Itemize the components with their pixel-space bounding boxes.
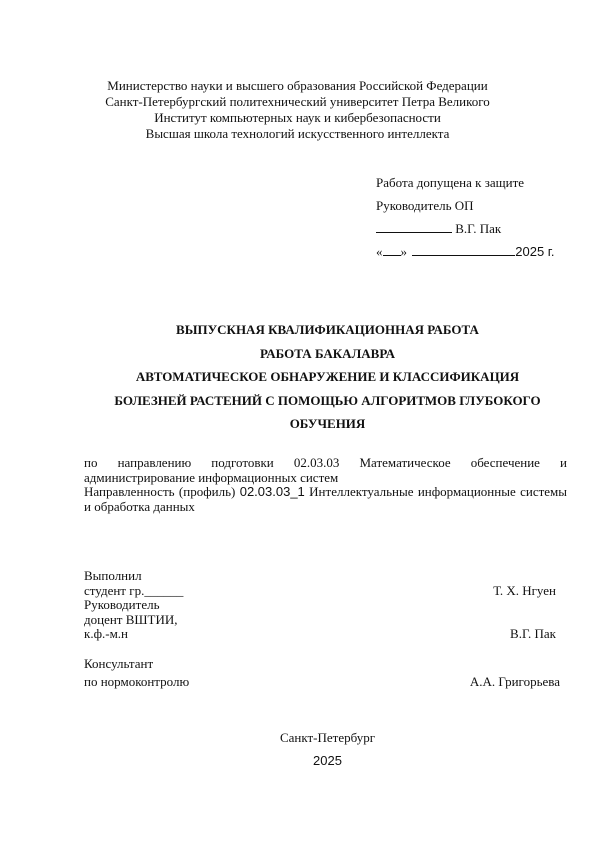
thesis-title: ВЫПУСКНАЯ КВАЛИФИКАЦИОННАЯ РАБОТА РАБОТА… — [0, 318, 595, 436]
supervisor-label: Руководитель — [84, 598, 160, 613]
profile-code: 02.03.03_1 — [240, 484, 305, 499]
student-group: студент гр.______ — [84, 584, 183, 599]
supervisor-position: доцент ВШТИИ, — [84, 613, 177, 628]
title-line-4: БОЛЕЗНЕЙ РАСТЕНИЙ С ПОМОЩЬЮ АЛГОРИТМОВ Г… — [0, 389, 595, 413]
direction-paragraph: по направлению подготовки 02.03.03 Матем… — [84, 456, 567, 485]
city: Санкт-Петербург — [0, 730, 595, 746]
signature-blank — [376, 221, 452, 233]
footer-year: 2025 — [0, 753, 595, 768]
approval-date-line: «» 2025 г. — [376, 244, 555, 267]
direction-prefix: по направлению подготовки — [84, 455, 274, 470]
head-name: В.Г. Пак — [455, 221, 501, 236]
title-line-5: ОБУЧЕНИЯ — [0, 412, 595, 436]
admitted-label: Работа допущена к защите — [376, 175, 555, 198]
month-blank — [412, 244, 515, 256]
title-line-2: РАБОТА БАКАЛАВРА — [0, 342, 595, 366]
performed-by-label: Выполнил — [84, 569, 142, 584]
student-name: Т. Х. Нгуен — [493, 584, 556, 599]
student-signature-block: Выполнил студент гр.______ Т. Х. Нгуен Р… — [84, 569, 560, 642]
profile-paragraph: Направленность (профиль) 02.03.03_1 Инте… — [84, 485, 567, 514]
title-line-3: АВТОМАТИЧЕСКОЕ ОБНАРУЖЕНИЕ И КЛАССИФИКАЦ… — [0, 365, 595, 389]
school-line: Высшая школа технологий искусственного и… — [0, 126, 595, 142]
head-signature-line: В.Г. Пак — [376, 221, 555, 244]
institute-line: Институт компьютерных наук и кибербезопа… — [0, 110, 595, 126]
head-role-label: Руководитель ОП — [376, 198, 555, 221]
supervisor-degree: к.ф.-м.н — [84, 627, 128, 642]
supervisor-name: В.Г. Пак — [510, 627, 556, 642]
direction-block: по направлению подготовки 02.03.03 Матем… — [84, 456, 567, 514]
consultant-label: Консультант — [84, 657, 153, 672]
day-blank — [383, 244, 401, 256]
university-line: Санкт-Петербургский политехнический унив… — [0, 94, 595, 110]
profile-prefix: Направленность (профиль) — [84, 484, 235, 499]
ministry-header: Министерство науки и высшего образования… — [0, 78, 595, 142]
direction-code: 02.03.03 — [294, 455, 340, 470]
approval-block: Работа допущена к защите Руководитель ОП… — [376, 175, 555, 267]
title-line-1: ВЫПУСКНАЯ КВАЛИФИКАЦИОННАЯ РАБОТА — [0, 318, 595, 342]
consultant-role: по нормоконтролю — [84, 675, 189, 690]
approval-year: 2025 г. — [515, 244, 554, 259]
ministry-line: Министерство науки и высшего образования… — [0, 78, 595, 94]
consultant-signature-block: Консультант по нормоконтролю А.А. Григор… — [84, 657, 560, 689]
close-quote: » — [401, 244, 408, 259]
consultant-name: А.А. Григорьева — [470, 675, 560, 690]
